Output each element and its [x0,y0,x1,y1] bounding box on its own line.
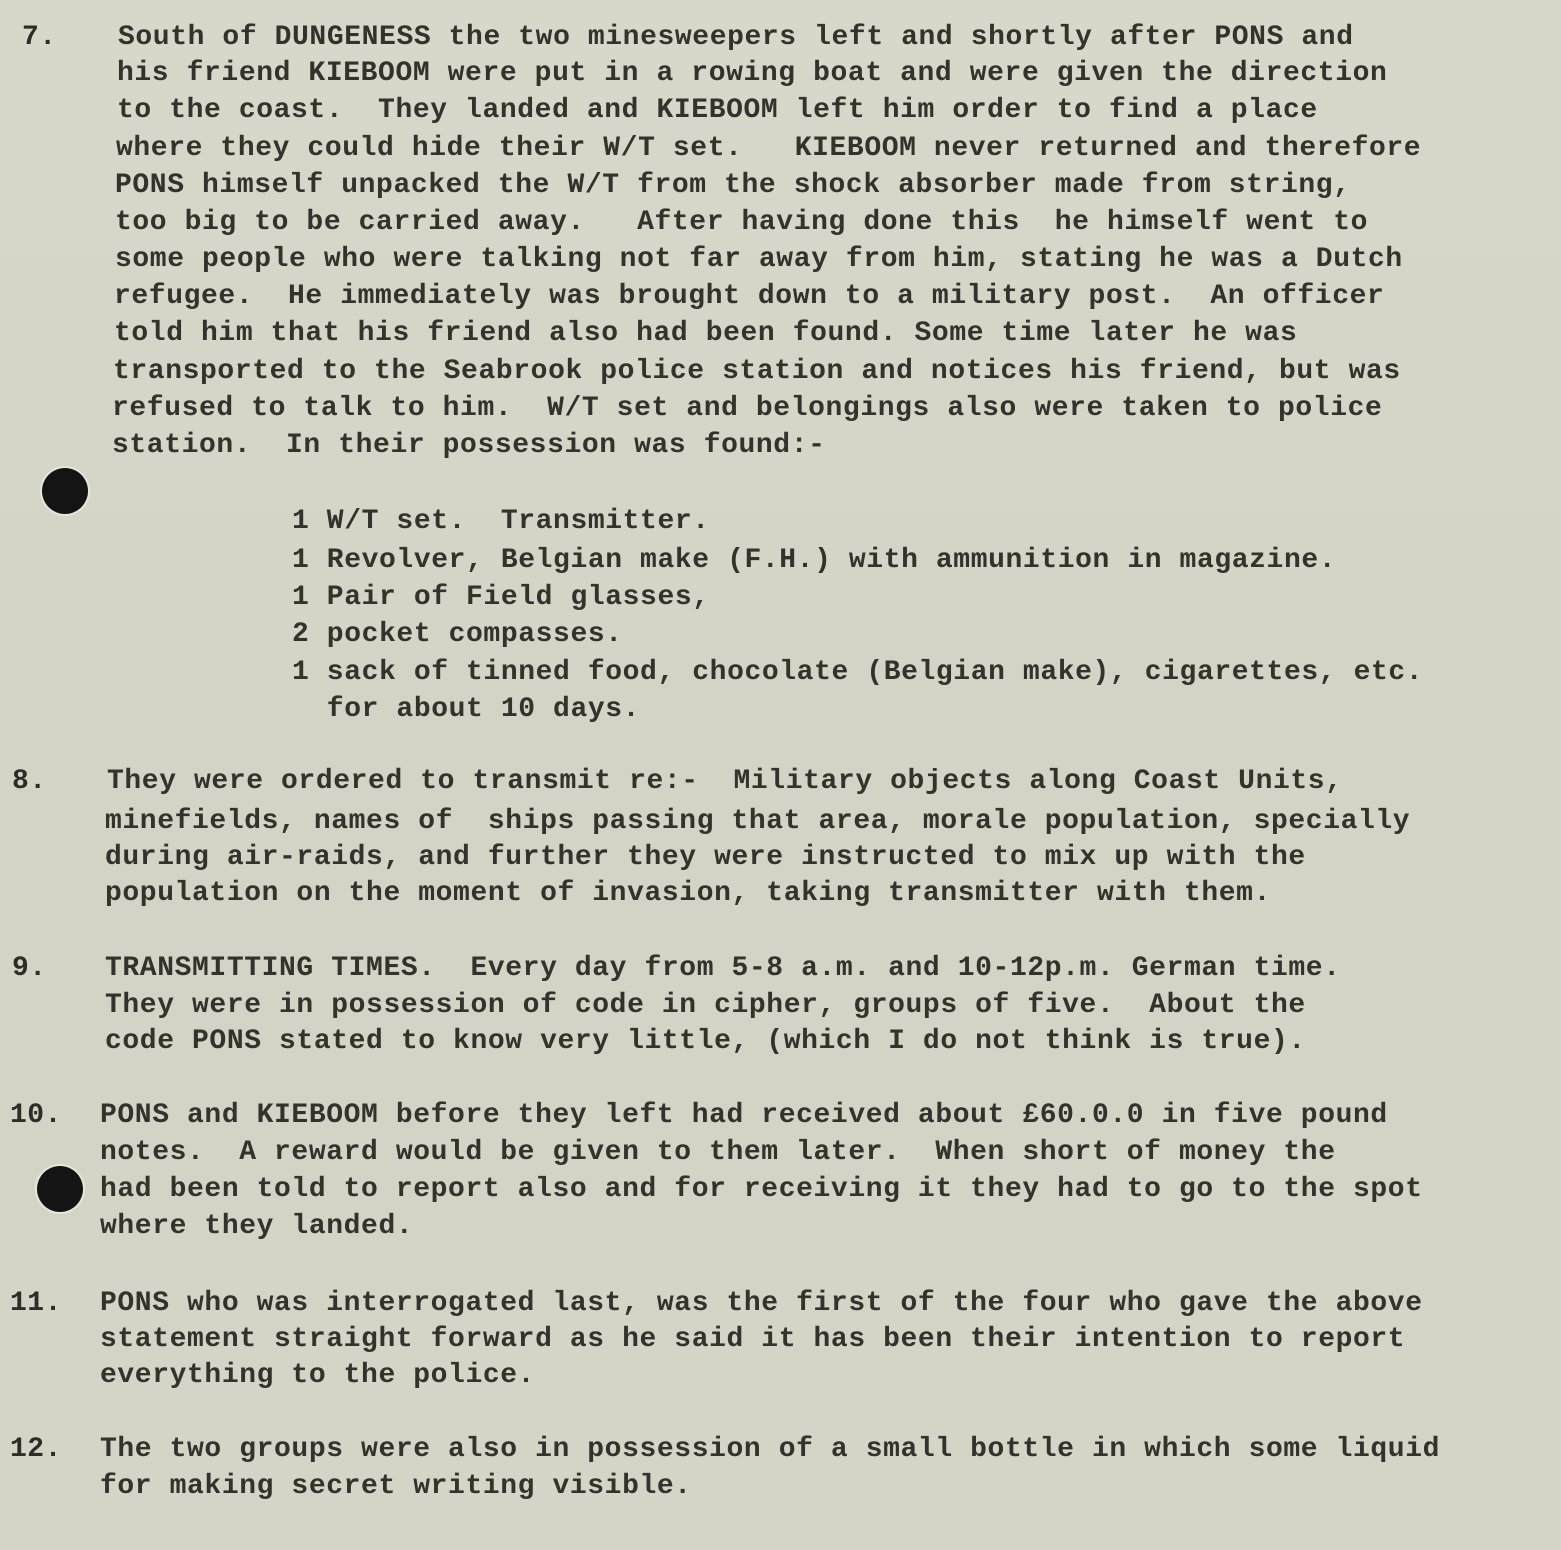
paragraph-line: The two groups were also in possession o… [100,1436,1440,1464]
paragraph-line: statement straight forward as he said it… [100,1326,1405,1354]
paragraph-line: told him that his friend also had been f… [114,320,1297,348]
paragraph-line: notes. A reward would be given to them l… [100,1139,1336,1167]
paragraph-line: transported to the Seabrook police stati… [113,358,1401,386]
punch-hole-top [42,468,88,514]
paragraph-line: for making secret writing visible. [100,1473,692,1501]
paragraph-line: some people who were talking not far awa… [115,246,1403,274]
paragraph-line: minefields, names of ships passing that … [105,808,1410,836]
paragraph-line: where they could hide their W/T set. KIE… [116,135,1421,163]
paragraph-line: South of DUNGENESS the two minesweepers … [118,24,1354,52]
list-item: 1 sack of tinned food, chocolate (Belgia… [292,657,1423,688]
paragraph-line: They were in possession of code in ciphe… [105,992,1306,1020]
paragraph-number: 9. [12,953,47,984]
paragraph-line: They were ordered to transmit re:- Milit… [107,768,1343,796]
document-page: 7. South of DUNGENESS the two minesweepe… [0,0,1561,1550]
paragraph-line: too big to be carried away. After having… [115,209,1368,237]
paragraph-line: during air-raids, and further they were … [105,844,1306,872]
paragraph-number: 12. [10,1434,62,1465]
paragraph-line: station. In their possession was found:- [112,432,826,460]
paragraph-line: everything to the police. [100,1362,535,1390]
paragraph-line: refugee. He immediately was brought down… [114,283,1384,311]
paragraph-line: TRANSMITTING TIMES. Every day from 5-8 a… [105,955,1341,983]
paragraph-line: code PONS stated to know very little, (w… [105,1028,1306,1056]
paragraph-number: 8. [12,766,47,797]
paragraph-line: PONS who was interrogated last, was the … [100,1290,1423,1318]
paragraph-line: PONS himself unpacked the W/T from the s… [115,172,1351,200]
paragraph-number: 11. [10,1288,62,1319]
punch-hole-bottom [37,1166,83,1212]
list-item: 2 pocket compasses. [292,619,623,650]
paragraph-line: had been told to report also and for rec… [100,1176,1423,1204]
paragraph-line: population on the moment of invasion, ta… [105,880,1271,908]
paragraph-line: to the coast. They landed and KIEBOOM le… [117,97,1318,125]
list-item: 1 Pair of Field glasses, [292,582,710,613]
paragraph-line: refused to talk to him. W/T set and belo… [112,395,1382,423]
paragraph-number: 7. [22,22,57,53]
list-item: 1 W/T set. Transmitter. [292,506,710,537]
paragraph-line: PONS and KIEBOOM before they left had re… [100,1102,1388,1130]
paragraph-line: his friend KIEBOOM were put in a rowing … [117,60,1387,88]
paragraph-number: 10. [10,1100,62,1131]
list-item: for about 10 days. [292,694,640,725]
paragraph-line: where they landed. [100,1213,413,1241]
list-item: 1 Revolver, Belgian make (F.H.) with amm… [292,545,1336,576]
